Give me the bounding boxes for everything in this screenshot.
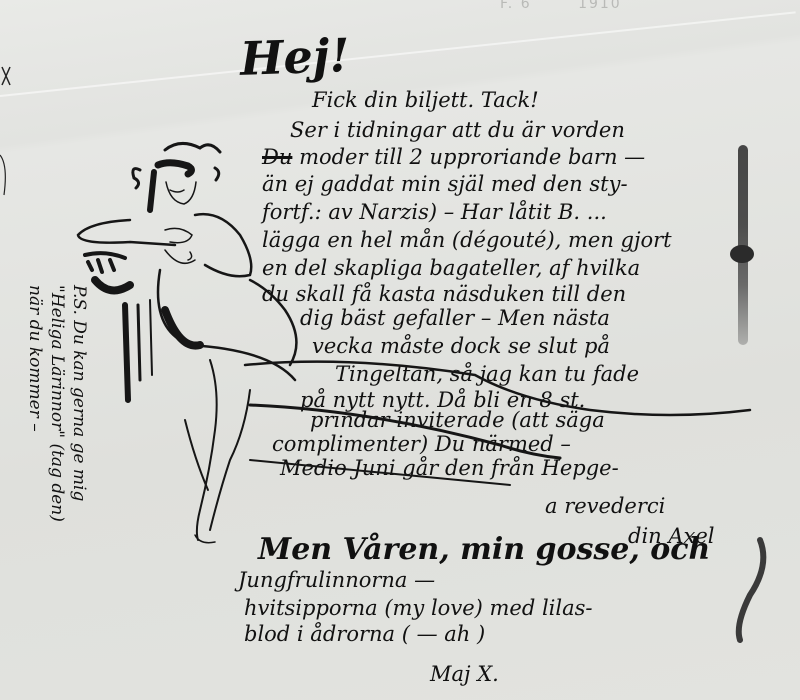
margin-note-line: när du kommer – — [24, 285, 46, 685]
margin-postscript: P.S. Du kan gerna ge mig "Heliga Lärinno… — [24, 285, 90, 685]
letter-line-text: moder till 2 upproriande barn — — [299, 145, 645, 169]
letter-line: dig bäst gefaller – Men nästa — [300, 306, 610, 330]
struck-word: Du — [262, 145, 292, 169]
greeting: Hej! — [239, 28, 350, 86]
letter-line: du skall få kasta näsduken till den — [262, 282, 626, 306]
archive-mark-year: 1910 — [578, 0, 622, 12]
archive-pencil-mark: F. 6 1910 — [500, 0, 662, 12]
ink-blot-spot — [730, 245, 754, 263]
postscript-line: Jungfrulinnorna — — [238, 568, 435, 592]
margin-note-line: P.S. Du kan gerna ge mig — [68, 285, 90, 685]
left-edge-marks — [0, 55, 30, 205]
letter-line: Du moder till 2 upproriande barn — — [262, 145, 645, 169]
postscript-line: blod i ådrorna ( — ah ) — [244, 622, 485, 646]
date-line: Maj X. — [430, 662, 499, 686]
margin-note-line: "Heliga Lärinnor" (tag den) — [46, 285, 68, 685]
postscript-line: hvitsipporna (my love) med lilas- — [244, 596, 593, 620]
letter-line: en del skapliga bagateller, af hvilka — [262, 256, 640, 280]
letter-line: lägga en hel mån (dégouté), men gjort — [262, 228, 672, 252]
letter-line: fortf.: av Narzis) – Har låtit B. ... — [262, 200, 607, 224]
postscript-line: Men Våren, min gosse, och — [258, 532, 710, 567]
letter-line: än ej gaddat min själ med den sty- — [262, 172, 628, 196]
archive-mark-folio: F. 6 — [500, 0, 532, 12]
signature-flourish — [720, 535, 780, 645]
letter-line: Ser i tidningar att du är vorden — [290, 118, 625, 142]
ink-flourish-lines — [230, 350, 790, 500]
letter-line: Fick din biljett. Tack! — [312, 88, 539, 112]
